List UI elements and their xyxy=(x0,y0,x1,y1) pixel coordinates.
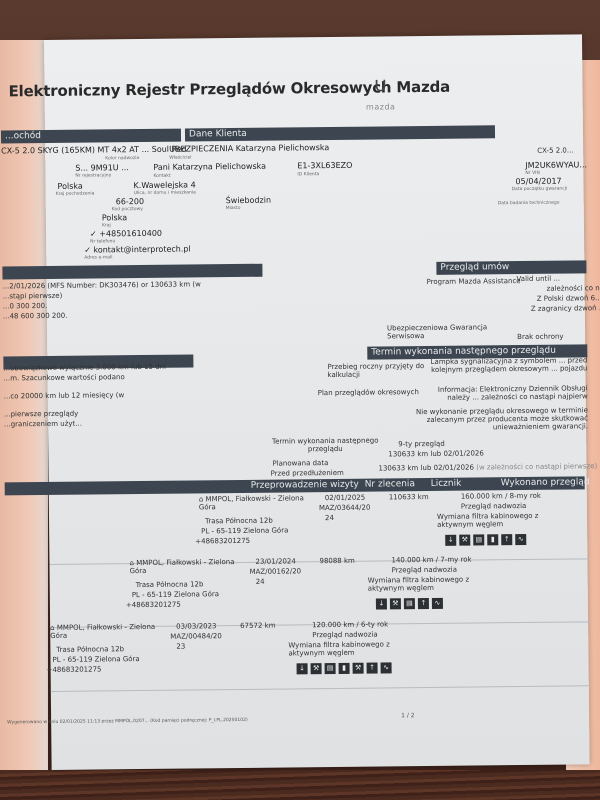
assistance-line-3: ...0 300 200. xyxy=(3,302,48,310)
registration-label: Nr rejestracyjny xyxy=(75,173,111,178)
history-row: ⌂ MMPOL, Fiałkowski - Zielona GóraTrasa … xyxy=(50,616,591,692)
dealer-city: PL - 65-119 Zielona Góra xyxy=(132,590,219,599)
warranty-start-label: Data początku gwarancji xyxy=(512,187,568,193)
program-label: Program Mazda Assistance xyxy=(427,277,521,286)
order-number: MAZ/03644/20 xyxy=(319,504,371,513)
postal-value: 66-200 xyxy=(116,197,144,206)
contact-label: Kontakt xyxy=(153,174,170,179)
service-left-line-4: ...pierwsze przeglądy xyxy=(4,410,78,419)
service-left-line-3: ...co 20000 km lub 12 miesięcy (w xyxy=(4,391,125,400)
client-id-label: ID Klienta xyxy=(297,172,319,177)
street-label: Ulica, nr domu i mieszkania xyxy=(134,190,196,196)
client-id-value: E1-3XL63EZO xyxy=(297,161,352,171)
vehicle-right-model: CX-5 2.0... xyxy=(537,146,573,154)
registration-value: S... 9M91U ... xyxy=(75,163,129,173)
city-label: Miasto xyxy=(226,206,241,211)
tools-icon: ⚒ xyxy=(390,598,401,609)
assistance-line-2: ...stąpi pierwsze) xyxy=(3,292,63,301)
warning-text: Nie wykonanie przeglądu okresowego w ter… xyxy=(400,406,588,432)
work-cabin-filter: Wymiana filtra kabinowego z aktywnym węg… xyxy=(368,575,498,592)
poland-call: Z Polski dzwoń 6... xyxy=(537,294,600,303)
country2-value: Polska xyxy=(102,213,127,222)
service-left-line-1: ...obowiązkowe wyłącznie 3.000 km lub 15… xyxy=(3,363,166,373)
work-cabin-filter: Wymiana filtra kabinowego z aktywnym węg… xyxy=(288,640,418,657)
fluid-icon: ▮ xyxy=(339,663,350,674)
planned-value: 130633 km lub 02/01/2026 xyxy=(388,449,484,458)
service-done: 140.000 km / 7-my rok xyxy=(391,556,471,565)
history-table-body: ⌂ MMPOL, Fiałkowski - Zielona GóraTrasa … xyxy=(44,34,582,40)
row-divider xyxy=(51,685,591,692)
service-icons: ↓⚒▤↑∿ xyxy=(376,598,443,610)
street-value: K.Wawelejska 4 xyxy=(133,180,195,190)
section-header-contracts: Przegląd umów xyxy=(436,260,586,275)
dealer-phone: +48683201275 xyxy=(195,537,250,546)
abroad-call: Z zagranicy dzwoń ... xyxy=(531,304,600,313)
phone-value: ✓ +48501610400 xyxy=(90,229,162,239)
col-mileage: Licznik xyxy=(431,478,462,491)
order-suffix: 24 xyxy=(256,578,265,586)
visit-date: 03/03/2023 xyxy=(176,622,216,630)
order-number: MAZ/00162/20 xyxy=(250,567,302,576)
program-value: Valid until ... xyxy=(516,275,560,283)
filter-icon: ▤ xyxy=(325,663,336,674)
wrench-icon: ∿ xyxy=(432,598,443,609)
service-done: 160.000 km / 8-my rok xyxy=(461,492,541,501)
planned-label: Planowana data xyxy=(272,459,328,468)
dealer-name: ⌂ MMPOL, Fiałkowski - Zielona Góra xyxy=(50,623,170,640)
program-note: zależności co n... xyxy=(547,284,600,293)
dealer-street: Trasa Północna 12b xyxy=(56,645,124,654)
country-label: Kraj pochodzenia xyxy=(56,191,95,196)
dealer-city: PL - 65-119 Zielona Góra xyxy=(52,655,139,664)
document-title: Elektroniczny Rejestr Przeglądów Okresow… xyxy=(8,77,548,101)
col-order: Nr zlecenia xyxy=(365,478,415,492)
warranty-start-value: 05/04/2017 xyxy=(515,177,561,186)
filter-icon: ▤ xyxy=(473,534,484,545)
next-service-value: 9-ty przegląd xyxy=(398,440,445,448)
oil-icon: ↓ xyxy=(445,535,456,546)
oil-icon: ↓ xyxy=(297,663,308,674)
order-suffix: 24 xyxy=(325,514,334,522)
warranty-value: Brak ochrony xyxy=(517,333,563,341)
service-left-line-2: ...m. Szacunkowe wartości podano xyxy=(3,373,124,382)
assistance-line-4: ...48 600 300 200. xyxy=(3,312,68,321)
dealer-name: ⌂ MMPOL, Fiałkowski - Zielona Góra xyxy=(199,494,319,511)
owner-label: Właściciel xyxy=(169,155,191,160)
annual-mileage-label: Przebieg roczny przyjęty do kalkulacji xyxy=(327,362,427,379)
assistance-line-1: ...2/01/2026 (MFS Number: DK303476) or 1… xyxy=(3,280,201,290)
mazda-emblem-icon: ∪ xyxy=(358,74,402,94)
extension-value: 130633 km lub 02/01/2026 (w zależności c… xyxy=(378,462,597,472)
mazda-logo: ∪ mazda xyxy=(358,74,402,108)
tools-icon: ⚒ xyxy=(353,663,364,674)
service-done: 120.000 km / 6-ty rok xyxy=(312,620,388,629)
header: Elektroniczny Rejestr Przeglądów Okresow… xyxy=(8,77,548,119)
page-indicator: 1 / 2 xyxy=(401,712,415,719)
contact-value: Pani Katarzyna Pielichowska xyxy=(153,162,266,172)
arrow-up-icon: ↑ xyxy=(418,598,429,609)
fluid-icon: ▮ xyxy=(487,534,498,545)
next-service-label: Termin wykonania następnego przeglądu xyxy=(270,437,380,454)
city-value: Świebodzin xyxy=(226,196,271,205)
service-icons: ↓⚒▤▮⚒↑∿ xyxy=(297,662,392,674)
arrow-up-icon: ↑ xyxy=(367,663,378,674)
owner-value: UBEZPIECZENIA Katarzyna Pielichowska xyxy=(169,143,329,154)
vehicle-model: CX-5 2.0 SKYG (165KM) MT 4x2 AT ... Soul… xyxy=(1,145,187,156)
dealer-name: ⌂ MMPOL, Fiałkowski - Zielona Góra xyxy=(129,558,249,575)
tech-inspection-label: Data badania technicznego xyxy=(498,201,560,207)
col-visit: Przeprowadzenie wizyty xyxy=(251,479,359,493)
service-icons: ↓⚒▤▮↑∿ xyxy=(445,534,526,546)
work-cabin-filter: Wymiana filtra kabinowego z aktywnym węg… xyxy=(437,512,567,529)
country2-label: Kraj xyxy=(102,223,111,228)
vin-value: JM2UK6WYAU... xyxy=(525,160,587,170)
warranty-label: Ubezpieczeniowa Gwarancja Serwisowa xyxy=(387,323,497,340)
dealer-icon: ⌂ xyxy=(129,559,134,567)
tools-icon: ⚒ xyxy=(311,663,322,674)
wooden-table xyxy=(0,770,600,800)
filter-icon: ▤ xyxy=(404,598,415,609)
dealer-icon: ⌂ xyxy=(50,624,55,632)
dealer-city: PL - 65-119 Zielona Góra xyxy=(201,526,288,535)
wrench-icon: ∿ xyxy=(381,662,392,673)
lamp-text: Lampka sygnalizacyjna z symbolem ... prz… xyxy=(427,356,587,374)
dealer-phone: +48683201275 xyxy=(126,601,181,610)
dealer-phone: +48683201275 xyxy=(47,665,102,674)
mileage: 67572 km xyxy=(240,622,275,630)
work-body-check: Przegląd nadwozia xyxy=(461,502,526,511)
dealer-street: Trasa Północna 12b xyxy=(205,517,273,526)
extension-label: Przed przedłużeniem xyxy=(271,469,344,478)
country-value: Polska xyxy=(57,182,82,191)
work-body-check: Przegląd nadwozia xyxy=(392,566,457,575)
dealer-icon: ⌂ xyxy=(199,495,204,503)
wrench-icon: ∿ xyxy=(515,534,526,545)
oil-icon: ↓ xyxy=(376,598,387,609)
visit-date: 23/01/2024 xyxy=(255,557,295,565)
postal-label: Kod pocztowy xyxy=(112,207,143,212)
dealer-street: Trasa Północna 12b xyxy=(136,580,204,589)
order-number: MAZ/00484/20 xyxy=(170,632,222,641)
plan-text: Informacja: Elektroniczny Dziennik Obsłu… xyxy=(424,384,588,402)
section-header-vehicle: ...ochód xyxy=(1,129,181,144)
vin-label: Nr VIN xyxy=(525,171,539,176)
mileage: 98088 km xyxy=(319,557,354,565)
color-label: Kolor nadwozia xyxy=(105,156,139,161)
work-body-check: Przegląd nadwozia xyxy=(312,631,377,640)
plan-label: Plan przeglądów okresowych xyxy=(318,388,419,397)
section-header-assistance xyxy=(2,264,262,280)
service-record-page: Elektroniczny Rejestr Przeglądów Okresow… xyxy=(44,34,590,770)
email-label: Adres e-mail xyxy=(84,255,112,260)
section-header-client: Dane Klienta xyxy=(185,125,495,141)
col-service: Wykonano przegląd xyxy=(501,476,590,490)
tools-icon: ⚒ xyxy=(459,535,470,546)
order-suffix: 23 xyxy=(176,643,185,651)
phone-label: Nr telefonu xyxy=(90,239,115,244)
arrow-up-icon: ↑ xyxy=(501,534,512,545)
visit-date: 02/01/2025 xyxy=(325,494,365,502)
email-value: ✓ kontakt@interprotech.pl xyxy=(84,244,191,254)
mileage: 110633 km xyxy=(389,493,429,501)
service-left-line-5: ...graniczeniem użyt... xyxy=(4,420,82,429)
